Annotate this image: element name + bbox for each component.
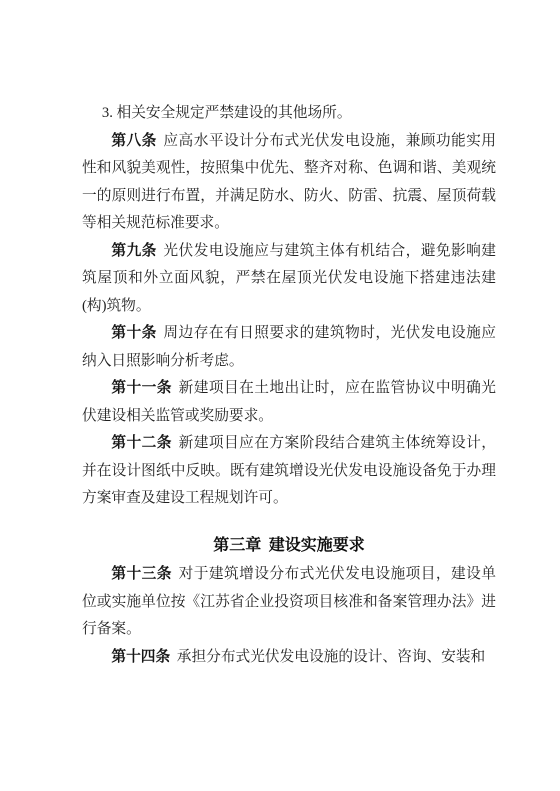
chapter-heading: 第三章 建设实施要求 xyxy=(82,532,496,560)
article-paragraph: 第十四条承担分布式光伏发电设施的设计、咨询、安装和 xyxy=(82,644,496,672)
article-paragraph: 第十二条新建项目应在方案阶段结合建筑主体统筹设计，并在设计图纸中反映。既有建筑增… xyxy=(82,430,496,513)
document-page: 3. 相关安全规定严禁建设的其他场所。第八条应高水平设计分布式光伏发电设施，兼顾… xyxy=(0,0,560,791)
document-body: 3. 相关安全规定严禁建设的其他场所。第八条应高水平设计分布式光伏发电设施，兼顾… xyxy=(82,100,496,671)
article-number: 第十三条 xyxy=(111,566,172,582)
article-number: 第九条 xyxy=(111,243,156,259)
article-paragraph: 第十条周边存在有日照要求的建筑物时，光伏发电设施应纳入日照影响分析考虑。 xyxy=(82,320,496,375)
article-number: 第十一条 xyxy=(111,380,172,396)
article-text: 承担分布式光伏发电设施的设计、咨询、安装和 xyxy=(177,649,485,665)
article-number: 第十条 xyxy=(111,325,156,341)
article-paragraph: 第九条光伏发电设施应与建筑主体有机结合，避免影响建筑屋顶和外立面风貌，严禁在屋顶… xyxy=(82,238,496,321)
article-number: 第八条 xyxy=(111,133,156,149)
article-text: 3. 相关安全规定严禁建设的其他场所。 xyxy=(102,105,352,121)
article-paragraph: 第十一条新建项目在土地出让时，应在监管协议中明确光伏建设相关监管或奖励要求。 xyxy=(82,375,496,430)
clause-paragraph: 3. 相关安全规定严禁建设的其他场所。 xyxy=(82,100,496,128)
article-paragraph: 第十三条对于建筑增设分布式光伏发电设施项目，建设单位或实施单位按《江苏省企业投资… xyxy=(82,561,496,644)
article-paragraph: 第八条应高水平设计分布式光伏发电设施，兼顾功能实用性和风貌美观性，按照集中优先、… xyxy=(82,128,496,238)
article-number: 第十二条 xyxy=(111,435,172,451)
article-number: 第十四条 xyxy=(111,649,170,665)
